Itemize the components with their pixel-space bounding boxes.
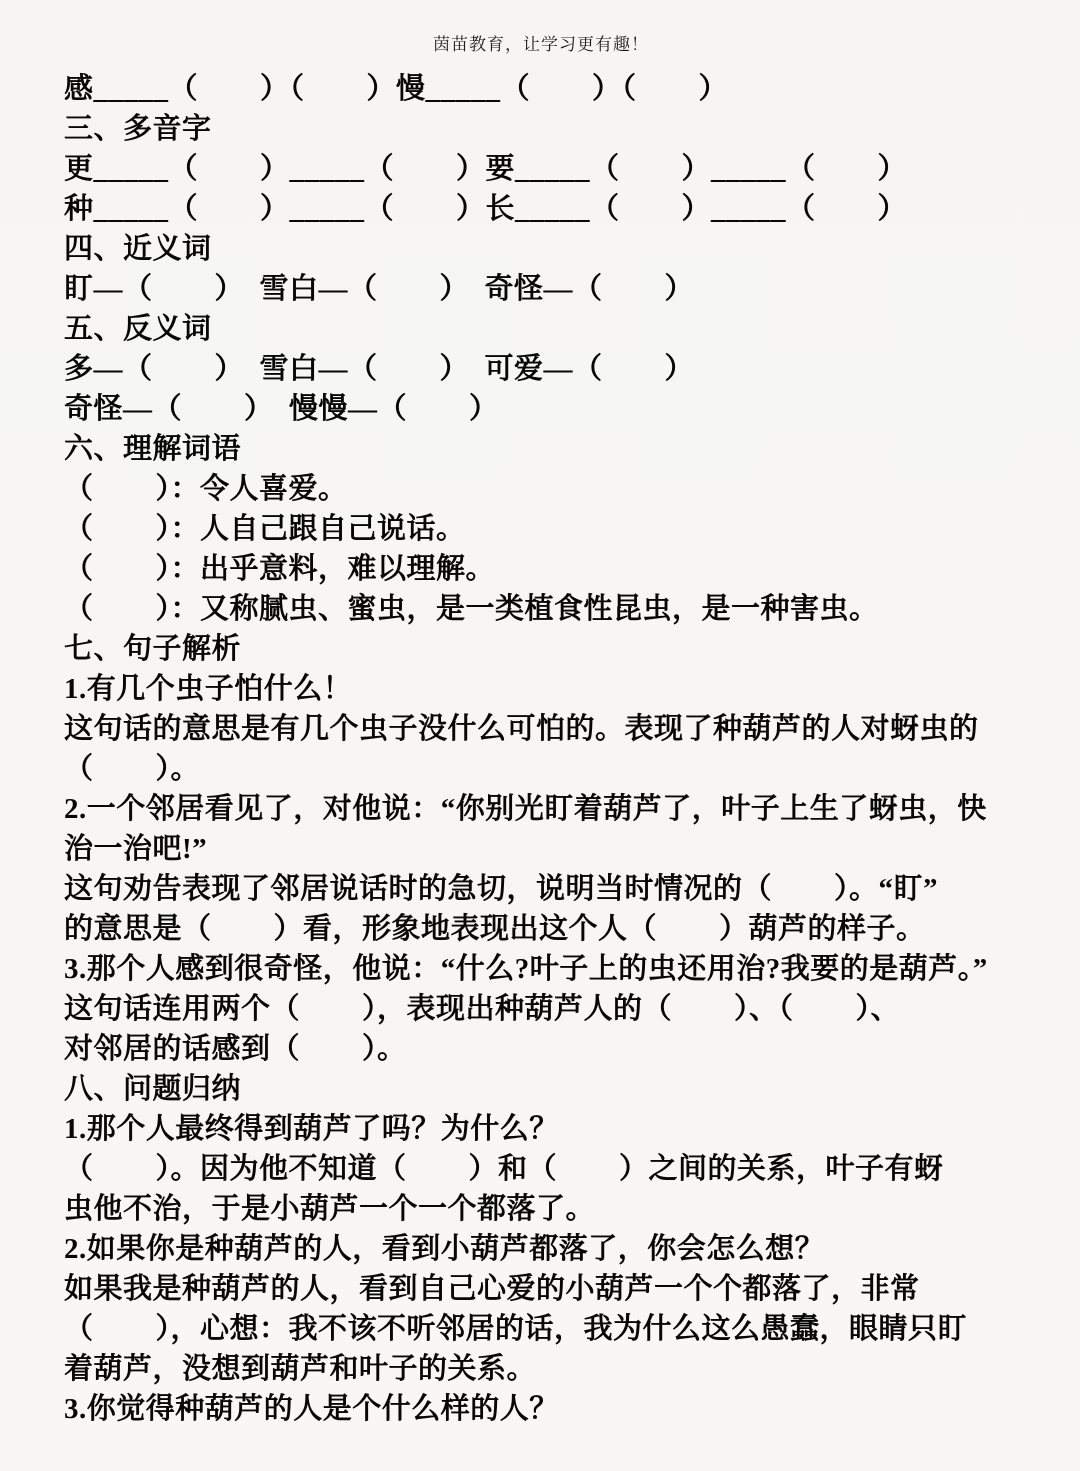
brand-slogan: 茵苗教育，让学习更有趣！ <box>64 34 1018 56</box>
sentence-line: 这句劝告表现了邻居说话时的急切，说明当时情况的（ ）。“盯” <box>64 869 1018 909</box>
question-line: 虫他不治，于是小葫芦一个一个都落了。 <box>64 1189 1018 1229</box>
question-line: 3.你觉得种葫芦的人是个什么样的人？ <box>64 1389 1018 1429</box>
question-line: 2.如果你是种葫芦的人，看到小葫芦都落了，你会怎么想？ <box>64 1229 1018 1269</box>
fillblank-line: 奇怪—（ ） 慢慢—（ ） <box>64 389 1018 429</box>
section-heading-lijieciyu: 六、理解词语 <box>64 429 1018 469</box>
fillblank-line: 更_____（ ）_____（ ）要_____（ ）_____（ ） <box>64 149 1018 189</box>
sentence-line: 2.一个邻居看见了，对他说：“你别光盯着葫芦了，叶子上生了蚜虫，快 <box>64 789 1018 829</box>
sentence-line: 1.有几个虫子怕什么！ <box>64 669 1018 709</box>
fillblank-line: 种_____（ ）_____（ ）长_____（ ）_____（ ） <box>64 189 1018 229</box>
question-line: 着葫芦，没想到葫芦和叶子的关系。 <box>64 1349 1018 1389</box>
sentence-line: 这句话连用两个（ ），表现出种葫芦人的（ ）、（ ）、 <box>64 989 1018 1029</box>
worksheet-page: 茵苗教育，让学习更有趣！ 感_____（ ）（ ）慢_____（ ）（ ） 三、… <box>0 0 1080 1471</box>
section-heading-duoyinzi: 三、多音字 <box>64 109 1018 149</box>
fillblank-line: 盯—（ ） 雪白—（ ） 奇怪—（ ） <box>64 269 1018 309</box>
section-heading-juzijiexi: 七、句子解析 <box>64 629 1018 669</box>
sentence-line: （ ）。 <box>64 749 1018 789</box>
question-line: 如果我是种葫芦的人，看到自己心爱的小葫芦一个个都落了，非常 <box>64 1269 1018 1309</box>
fillblank-line: 感_____（ ）（ ）慢_____（ ）（ ） <box>64 69 1018 109</box>
section-heading-wentiguina: 八、问题归纳 <box>64 1069 1018 1109</box>
section-heading-fanyici: 五、反义词 <box>64 309 1018 349</box>
section-heading-jinyici: 四、近义词 <box>64 229 1018 269</box>
question-line: 1.那个人最终得到葫芦了吗？为什么？ <box>64 1109 1018 1149</box>
definition-line: （ ）：又称腻虫、蜜虫，是一类植食性昆虫，是一种害虫。 <box>64 589 1018 629</box>
sentence-line: 3.那个人感到很奇怪，他说：“什么?叶子上的虫还用治?我要的是葫芦。” <box>64 949 1018 989</box>
definition-line: （ ）：出乎意料，难以理解。 <box>64 549 1018 589</box>
question-line: （ ），心想：我不该不听邻居的话，我为什么这么愚蠢，眼睛只盯 <box>64 1309 1018 1349</box>
sentence-line: 的意思是（ ）看，形象地表现出这个人（ ）葫芦的样子。 <box>64 909 1018 949</box>
definition-line: （ ）：令人喜爱。 <box>64 469 1018 509</box>
sentence-line: 这句话的意思是有几个虫子没什么可怕的。表现了种葫芦的人对蚜虫的 <box>64 709 1018 749</box>
worksheet-content: 感_____（ ）（ ）慢_____（ ）（ ） 三、多音字 更_____（ ）… <box>64 69 1018 1429</box>
fillblank-line: 多—（ ） 雪白—（ ） 可爱—（ ） <box>64 349 1018 389</box>
sentence-line: 治一治吧!” <box>64 829 1018 869</box>
sentence-line: 对邻居的话感到（ ）。 <box>64 1029 1018 1069</box>
question-line: （ ）。因为他不知道（ ）和（ ）之间的关系，叶子有蚜 <box>64 1149 1018 1189</box>
definition-line: （ ）：人自己跟自己说话。 <box>64 509 1018 549</box>
